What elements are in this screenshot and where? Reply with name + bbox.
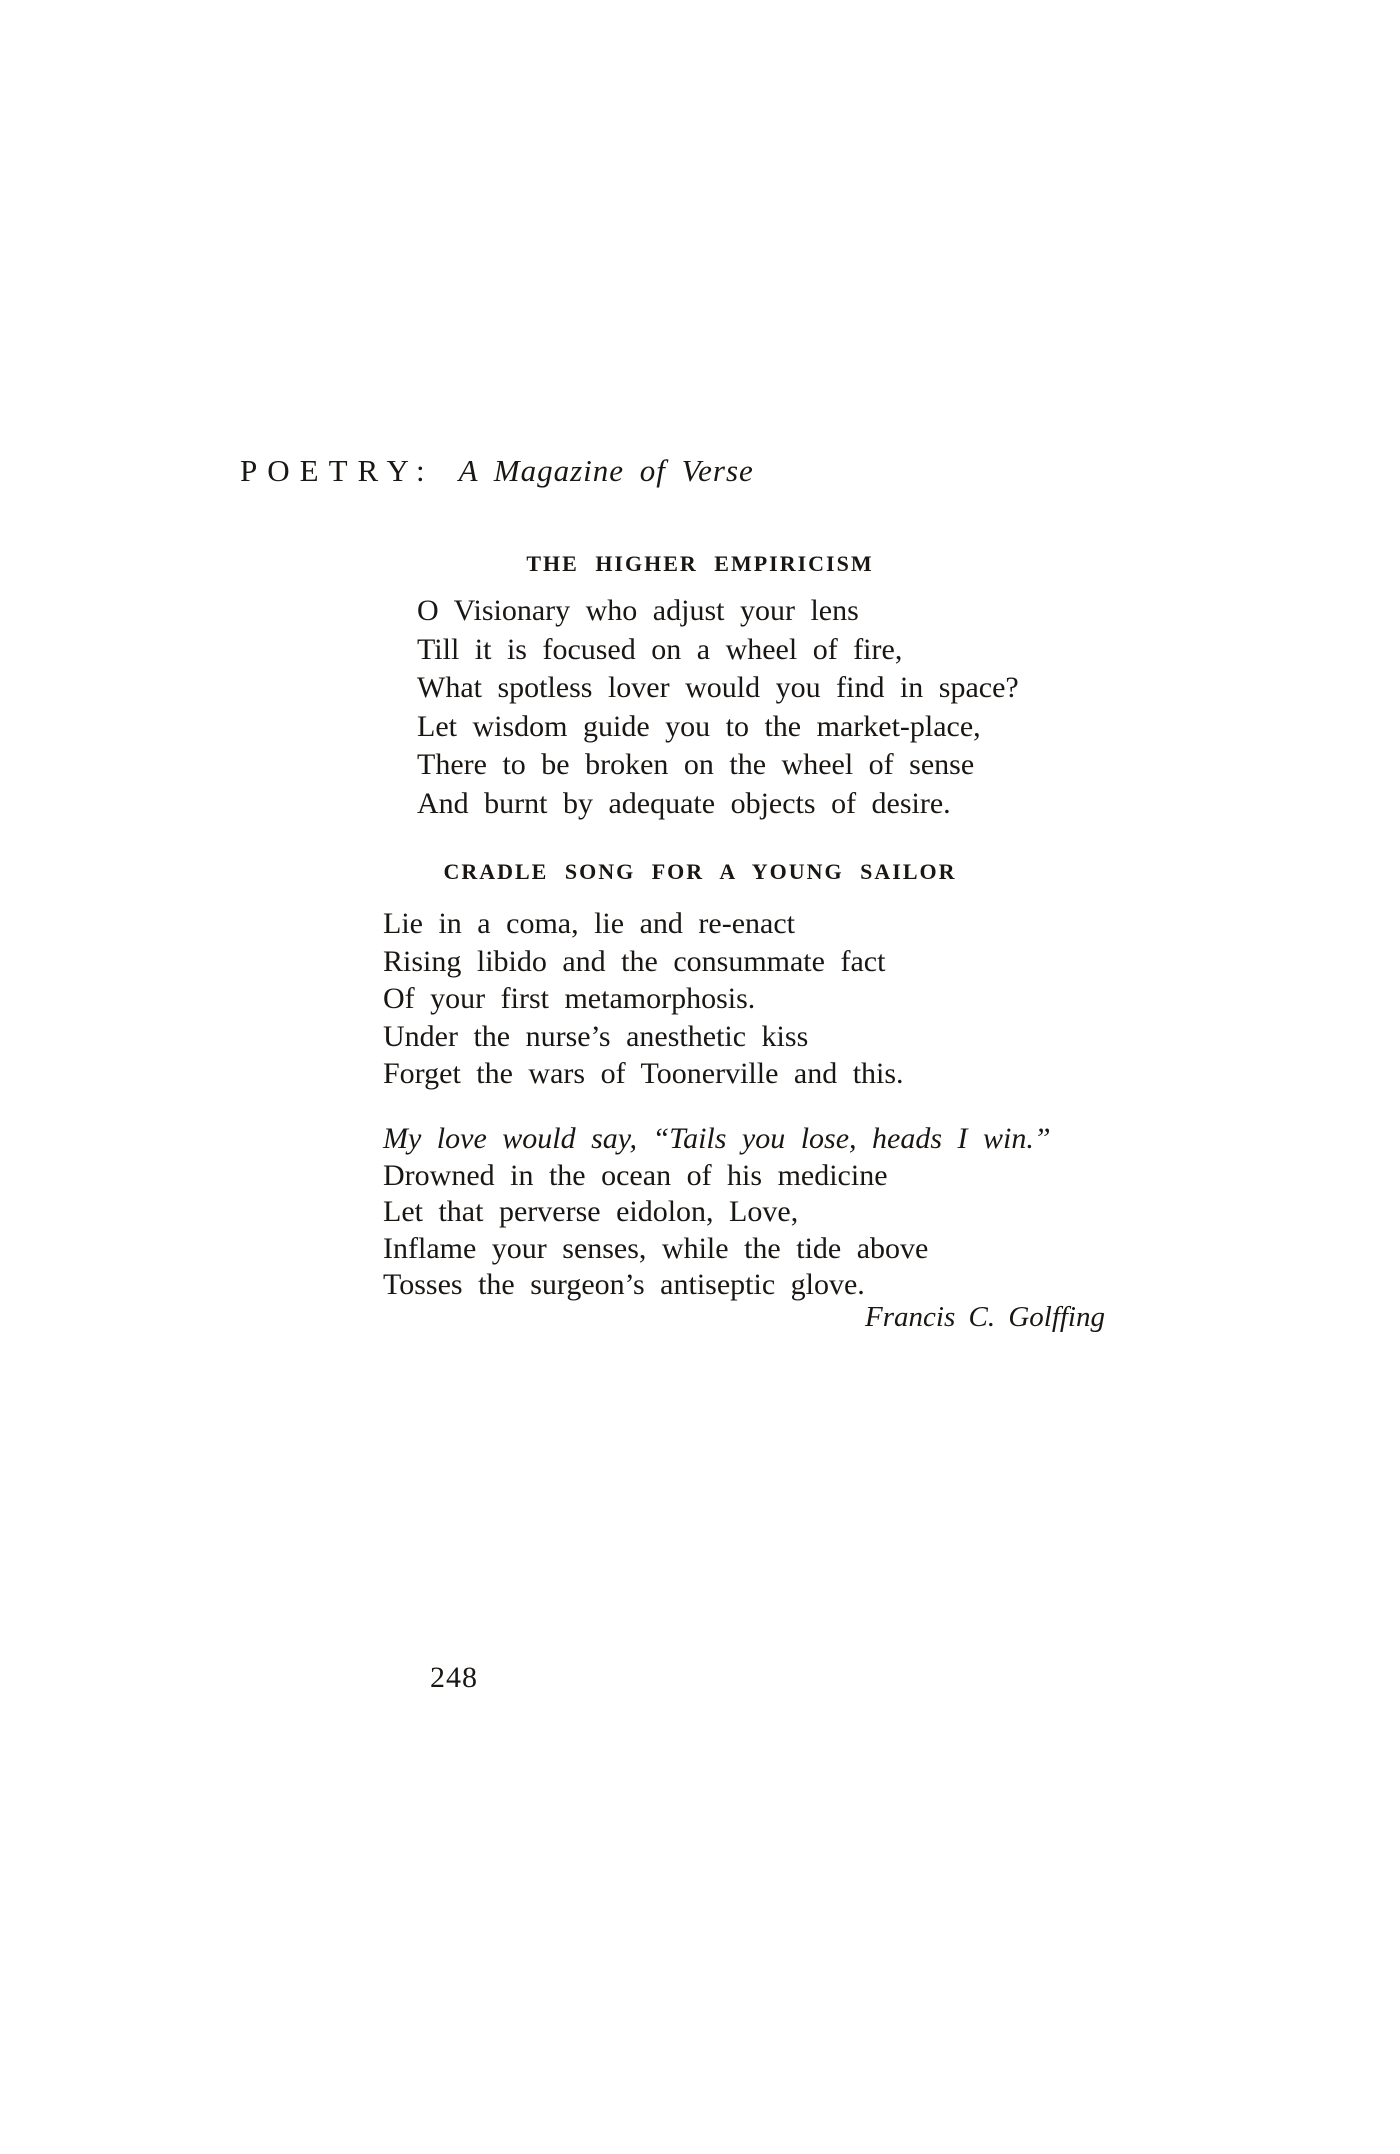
poem-line: O Visionary who adjust your lens [417, 592, 1019, 631]
running-head: POETRY:A Magazine of Verse [240, 451, 754, 491]
poem-title-the-higher-empiricism: THE HIGHER EMPIRICISM [0, 551, 1400, 577]
poem-line: Till it is focused on a wheel of fire, [417, 631, 1019, 670]
poem-line: And burnt by adequate objects of desire. [417, 785, 1019, 824]
journal-title: POETRY: [240, 453, 435, 488]
journal-subtitle: A Magazine of Verse [459, 453, 754, 488]
poem-line-italic: My love would say, “Tails you lose, head… [383, 1121, 1051, 1158]
poem-line: What spotless lover would you find in sp… [417, 669, 1019, 708]
poem-line: Of your first metamorphosis. [383, 980, 904, 1018]
poem-line: Under the nurse’s anesthetic kiss [383, 1018, 904, 1056]
poem-2-stanza-2: My love would say, “Tails you lose, head… [383, 1121, 1051, 1304]
poem-line: Rising libido and the consummate fact [383, 943, 904, 981]
poem-line: Let wisdom guide you to the market-place… [417, 708, 1019, 747]
poem-line: Drowned in the ocean of his medicine [383, 1158, 1051, 1195]
poem-1-stanza: O Visionary who adjust your lens Till it… [417, 592, 1019, 823]
poem-line: Tosses the surgeon’s antiseptic glove. [383, 1267, 1051, 1304]
poem-line: There to be broken on the wheel of sense [417, 746, 1019, 785]
scanned-magazine-page: POETRY:A Magazine of Verse THE HIGHER EM… [0, 0, 1400, 2154]
page-number: 248 [430, 1661, 478, 1695]
author-attribution: Francis C. Golffing [865, 1301, 1105, 1334]
poem-line: Lie in a coma, lie and re-enact [383, 905, 904, 943]
poem-line: Inflame your senses, while the tide abov… [383, 1231, 1051, 1268]
poem-line: Forget the wars of Toonerville and this. [383, 1055, 904, 1093]
poem-line: Let that perverse eidolon, Love, [383, 1194, 1051, 1231]
poem-title-cradle-song-for-a-young-sailor: CRADLE SONG FOR A YOUNG SAILOR [0, 859, 1400, 885]
poem-2-stanza-1: Lie in a coma, lie and re-enact Rising l… [383, 905, 904, 1093]
